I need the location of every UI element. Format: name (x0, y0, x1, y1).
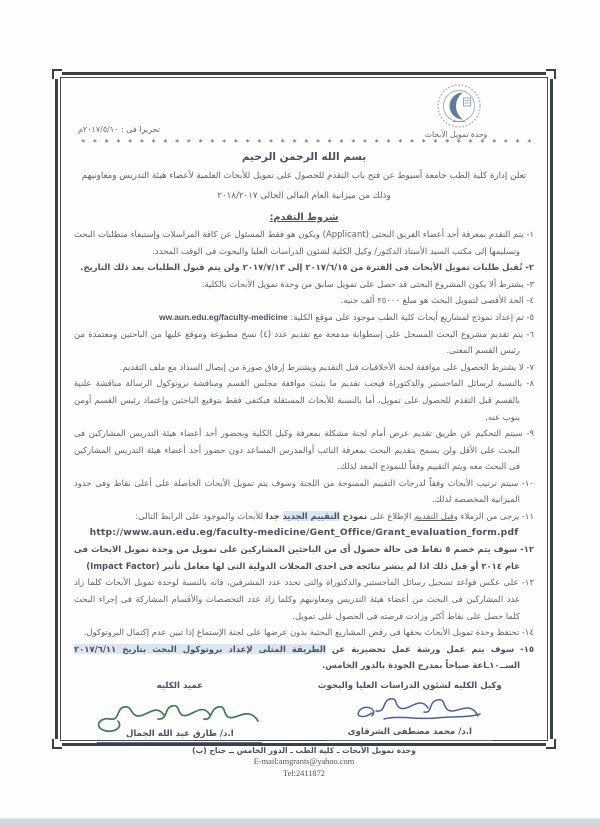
document-frame: وحدة تمويل الأبحاث تحريرا فى : ٢٠١٧/٥/١٠… (55, 72, 553, 746)
condition-item-9: ٩- سيتم التحكيم عن طريق تقديم عرض أمام ل… (74, 425, 534, 475)
unit-label: وحدة تمويل الأبحاث (408, 130, 504, 139)
condition-item-6: ٦- يتم تقديم مشروع البحث المسجل على إسطو… (74, 326, 534, 359)
condition-item-15: ١٥- سوف يتم عمل ورشة عمل تحضيرية عن الطر… (74, 641, 534, 674)
condition-item-11-text: ١١- يرجى من الزملاء و (454, 511, 534, 521)
asterisk-separator: * * * * * * * * * * * * * * * * * * * * … (74, 139, 534, 147)
vice-dean-title: وكيل الكليه لشئون الدراسات العليا والبحو… (286, 681, 534, 691)
footer-address: وحدة تمويل الأبحاث ـ كلية الطب ـ الدور ا… (74, 746, 534, 756)
condition-item-4: ٤- الحد الأقصى لتمويل البحث هو مبلغ ٢٥٠٠… (74, 292, 534, 309)
date-line: تحريرا فى : ٢٠١٧/٥/١٠م (78, 125, 160, 134)
condition-item-7: ٧- لا يشترط الحصول على موافقة لجنة الأخل… (74, 359, 534, 376)
condition-item-8: ٨- بالنسبة لرسائل الماجستير والدكتوراة ف… (74, 375, 534, 425)
workshop-text: الســ١٠ـاعة صباحاً بمدرج الجودة بالدور ا… (322, 660, 520, 670)
condition-item-1: ١- يتم التقدم بمعرفة أحد أعضاء الفريق ال… (74, 226, 534, 259)
signature-underline (97, 742, 262, 743)
scan-edge-artifact (0, 818, 600, 826)
crescent-seal-icon (436, 83, 482, 129)
condition-item-3: ٣- يشترط ألا يكون المشروع البحثى قد حصل … (74, 276, 534, 293)
condition-item-10: ١٠- سيتم ترتيب الأبحاث وفقاً لدرجات التق… (74, 475, 534, 508)
evaluation-form-highlight: التقييم الجديد (283, 511, 340, 521)
grant-form-url: http://www.aun.edu.eg/faculty-medicine/G… (74, 525, 534, 542)
intro-line-1: تعلن إدارة كلية الطب جامعة أسيوط عن فتح … (74, 170, 534, 183)
signature-underline (327, 740, 492, 741)
workshop-highlight: الطريقة المثلى لإعداد بروتوكول البحث بتا… (74, 644, 326, 654)
condition-item-11-text: للأبحاث والموجود على الرابط التالى: (135, 511, 266, 521)
footer-tel: Tel:2411872 (74, 768, 534, 779)
condition-item-11: ١١- يرجى من الزملاء وقبل التقديم الإطلاع… (74, 508, 534, 525)
footer: وحدة تمويل الأبحاث ـ كلية الطب ـ الدور ا… (74, 746, 534, 779)
condition-item-14: ١٤- تحتفظ وحدة تمويل الأبحاث بحقها فى رف… (74, 624, 534, 641)
before-submission-underlined: قبل التقديم (414, 511, 454, 521)
signature-block: وكيل الكليه لشئون الدراسات العليا والبحو… (74, 681, 534, 743)
evaluation-form-bold: جدا (266, 511, 283, 521)
condition-item-2: ٢- تُقبل طلبات تمويل الأبحاث فى الفترة م… (74, 259, 534, 276)
condition-item-5: ٥- تم إعداد نموذج لمشاريع أبحاث كلية الط… (74, 309, 534, 326)
letterhead: وحدة تمويل الأبحاث تحريرا فى : ٢٠١٧/٥/١٠… (74, 81, 534, 147)
faculty-site-url: ww.aun.edu.eg/faculty-medicine (159, 312, 288, 322)
condition-item-5-text: ٥- تم إعداد نموذج لمشاريع أبحاث كلية الط… (288, 312, 534, 322)
conditions-list: ١- يتم التقدم بمعرفة أحد أعضاء الفريق ال… (74, 226, 534, 674)
workshop-text: ١٥- سوف يتم عمل ورشة عمل تحضيرية عن (326, 644, 534, 654)
basmala-title: بسم الله الرحمن الرحيم (74, 151, 534, 163)
document-content: وحدة تمويل الأبحاث تحريرا فى : ٢٠١٧/٥/١٠… (62, 79, 546, 739)
vice-dean-name: ا.د/ محمد مصطفى الشرقاوى (286, 727, 534, 737)
evaluation-form-bold: نموذج (340, 511, 367, 521)
intro-line-2: وذلك من ميزانية العام المالى الحالى ٢٠١٨… (74, 190, 534, 203)
footer-email: E-mail:amgrants@yahoo.com (74, 756, 534, 767)
conditions-heading: شروط التقدم: (74, 212, 534, 223)
condition-item-11-text: الإطلاع على (367, 511, 414, 521)
dean-title: عميد الكليه (74, 681, 286, 691)
scanned-document-page: وحدة تمويل الأبحاث تحريرا فى : ٢٠١٧/٥/١٠… (0, 0, 600, 826)
condition-item-13: ١٣- على عكس قواعد تسجيل رسائل الماجستير … (74, 574, 534, 624)
vice-dean-signature-column: وكيل الكليه لشئون الدراسات العليا والبحو… (286, 681, 534, 743)
condition-item-12: ١٢- سوف يتم خصم ٥ نقاط فى حالة حصول أى م… (74, 541, 534, 574)
dean-signature-column: عميد الكليه ا.د/ طارق عبد الله الجمال (74, 681, 286, 743)
